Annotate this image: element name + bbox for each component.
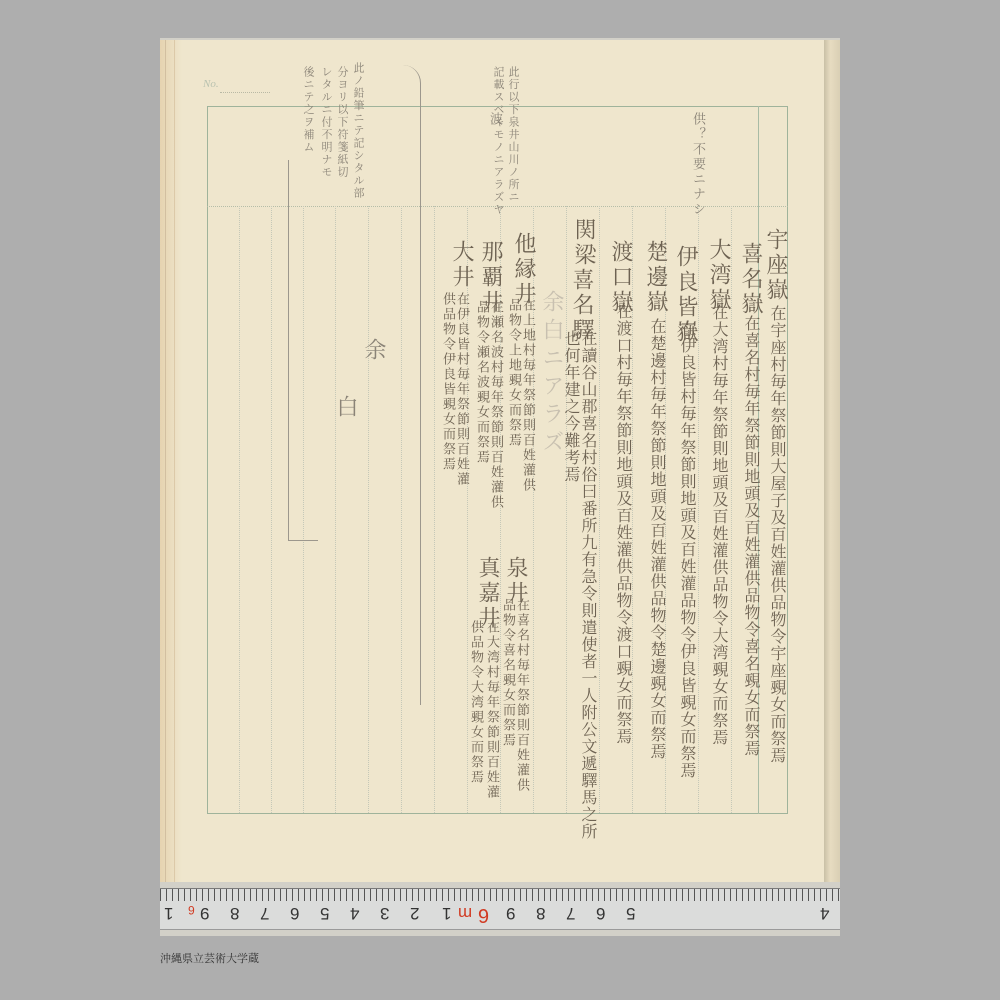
entry-title-kina: 喜名嶽 [735,242,766,317]
page-number-line [220,92,270,93]
pencil-note-5: 此行以下泉井山川ノ所ニ [505,66,521,204]
ruler-number: 9 [200,903,209,923]
pencil-note-7: 波 [485,112,504,127]
ruled-line [271,206,272,813]
pencil-haku: 白 [330,395,361,420]
page-number-label: No. [203,78,219,90]
ruler-number: 6 [478,903,489,926]
pencil-note-8: 供？不要ニナシ [688,112,707,217]
ruler-number: 2 [410,903,419,923]
ruler-number: 6 [290,903,299,923]
pencil-note-6: 記載スベキモノニアラズヤ [490,66,506,216]
pencil-bracket-line [288,160,289,540]
ruler-number: 8 [230,903,239,923]
ruler-number: 1 [164,903,173,923]
collection-caption: 沖縄県立芸術大学蔵 [160,950,259,966]
entry-text-ouga-2: 供品物令伊良皆覡女而祭焉 [438,292,457,472]
pencil-bracket-foot [288,540,318,541]
ruler-number: 7 [566,903,575,923]
pencil-note-4: 後ニテ之ヲ補ム [300,66,316,154]
ruled-line [239,206,240,813]
entry-text-toguchi: 在渡口村毎年祭節則地頭及百姓灌供品物令渡口覡女而祭焉 [612,303,635,745]
ruler-number: 5 [320,903,329,923]
pencil-arrow-curve [380,65,421,705]
ruler-unit: m [458,903,472,923]
entry-title-tanoi: 他縁井 [508,232,539,307]
entry-title-ouwan: 大湾嶽 [703,238,734,313]
entry-text-soberi: 在楚邊村毎年祭節則地頭及百姓灌供品物令楚邊覡女而祭焉 [646,318,669,760]
page-edge [824,40,840,882]
ruled-line [368,206,369,813]
ruler-number: 4 [820,903,829,923]
ruled-line [335,206,336,813]
section-heading-kanryo: 関梁 [568,218,599,268]
spine-binding [165,40,175,882]
entry-title-ouga: 大井 [446,240,477,290]
ruled-line [434,206,435,813]
entry-text-iramina: 在伊良皆村毎年祭節則地頭及百姓灌品物令伊良皆覡女而祭焉 [676,320,699,779]
ruler-ticks [160,889,840,901]
ruler-number: 4 [350,903,359,923]
pencil-note-3: レタルニ付不明ナモ [318,66,334,179]
entry-title-soberi: 楚邊嶽 [640,240,671,315]
measuring-ruler: 1 6 9 8 7 6 5 4 3 2 1 m 6 9 8 7 6 5 4 [160,888,840,930]
ruler-number: 9 [506,903,515,923]
ruler-number: 6 [596,903,605,923]
entry-text-makaga-2: 供品物令大湾覡女而祭焉 [466,620,485,785]
ruler-number: 8 [536,903,545,923]
blank-note: 余白ニアラズ [536,290,567,458]
ruler-number: 1 [442,903,451,923]
entry-text-uza: 在宇座村毎年祭節則大屋子及百姓灌供品物令宇座覡女而祭焉 [766,305,789,764]
entry-text-kina: 在喜名村毎年祭節則地頭及百姓灌供品物令喜名覡女而祭焉 [740,315,763,757]
ruler-number: 6 [188,903,195,917]
entry-text-ouwan: 在大湾村毎年祭節則地頭及百姓灌供品物令大湾覡女而祭焉 [708,304,731,746]
ruler-number: 3 [380,903,389,923]
ruler-number: 5 [626,903,635,923]
pencil-note-1: 此ノ鉛筆ニテ記シタル部 [350,62,366,200]
entry-text-naha-2: 品物令瀬名波覡女而祭焉 [472,300,491,465]
pencil-note-2: 分ヨリ以下符箋紙切 [334,66,350,179]
ruler-number: 7 [260,903,269,923]
entry-text-tanoi-2: 品物令上地覡女而祭焉 [504,298,523,448]
ruled-line [303,206,304,813]
